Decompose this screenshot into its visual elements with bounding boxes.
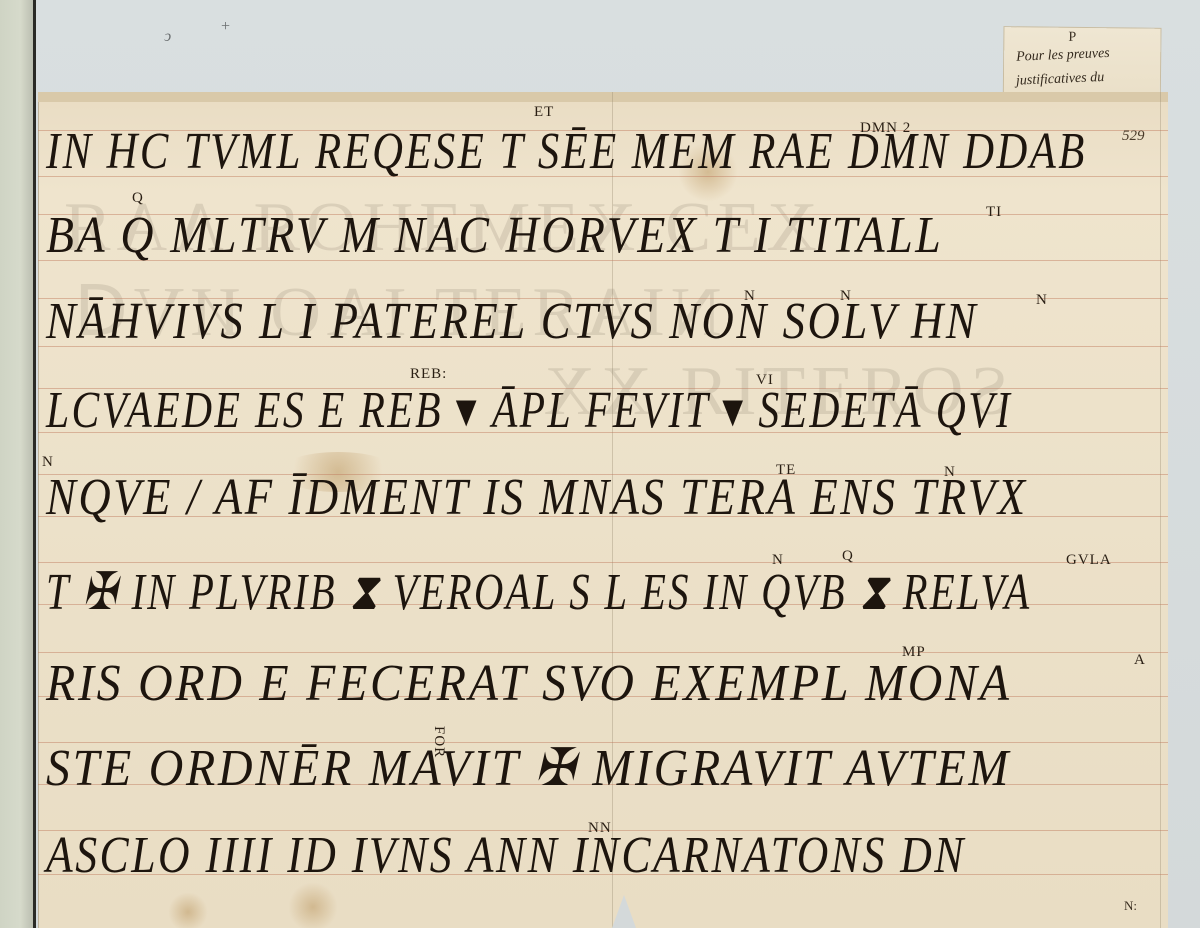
page-number: 529 [1122, 128, 1145, 145]
pencil-mark: ↄ [164, 28, 171, 46]
stain [288, 882, 338, 928]
superscript-note: ET [534, 104, 554, 121]
label-line: justificatives du [1016, 70, 1105, 90]
ruled-line [38, 652, 1168, 653]
label-line: Pour les preuves [1016, 46, 1110, 66]
label-mark: P [1068, 30, 1076, 46]
inscription-line: RIS ORD E FECERAT SVO EXEMPL MONA [46, 654, 1076, 713]
inscription-line: STE ORDNĒR MAVIT ✠ MIGRAVIT AVTEM [46, 738, 1076, 798]
stain [168, 892, 208, 928]
inscription-line: LCVAEDE ES E REB ▾ ĀPL FEVIT ▾ SEDETĀ QV… [46, 380, 942, 440]
inscription-line: ASCLO IIII ID IVNS ANN INCARNATONS DN [46, 826, 987, 885]
inscription-line: NQVE / AF ĪDMENT IS MNAS TERA ENS TRVX [46, 468, 1009, 527]
book-binding [0, 0, 34, 928]
sheet-top-strip [38, 92, 1168, 102]
inscription-line: NĀHVIVS L I PATEREL CTVS NON SOLV HN [46, 292, 1009, 351]
inscription-line: T ✠ IN PLVRIB ⧗ VEROAL S L ES IN QVB ⧗ R… [46, 562, 920, 623]
superscript-note: Q [132, 190, 144, 207]
pencil-mark: + [220, 18, 231, 36]
inscription-line: IN HC TVML REQESE T SĒE MEM RAE DMN DDAB [46, 122, 964, 181]
paper-tear [612, 895, 636, 928]
corner-mark: N: [1124, 898, 1137, 914]
inscription-line: BA Q MLTRV M NAC HORVEX T I TITALL [46, 206, 1032, 265]
superscript-note: N [1036, 292, 1048, 309]
fold-line [1160, 92, 1161, 928]
superscript-note: A [1134, 652, 1146, 669]
manuscript-sheet: XƎƆ XƎMƎHOЯ ΛAЯ NIAЯƎT IAO ИVᗡ SOЯƎTIЯ X… [38, 92, 1168, 928]
superscript-note: GVLA [1066, 552, 1112, 569]
